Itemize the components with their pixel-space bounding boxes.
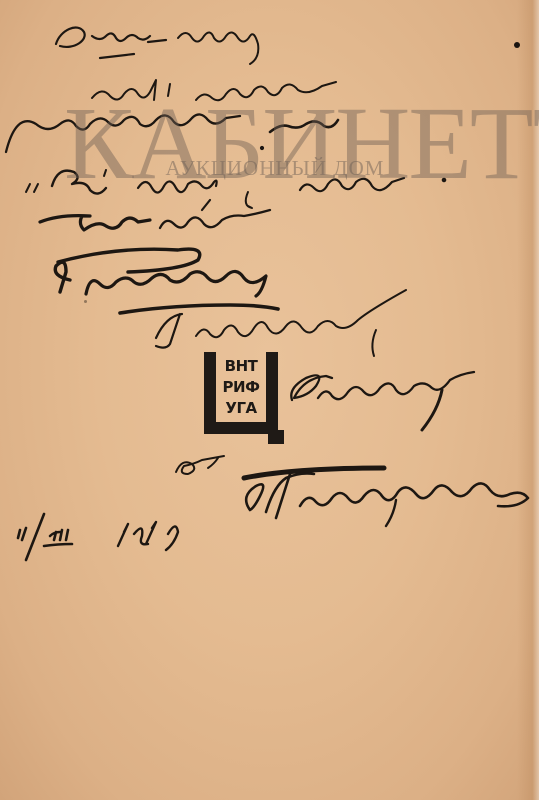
book-page: КАБИНЕТЪ АУКЦИОННЫЙ ДОМ ВНТ РИФ УГА Душа… [0,0,539,800]
ink-dot [514,42,520,48]
stamp-line-3: УГА [217,398,265,419]
stamp-line-1: ВНТ [217,356,265,377]
centrifuga-stamp: ВНТ РИФ УГА [204,352,280,442]
stamp-line-2: РИФ [217,377,265,398]
paper-speck [84,300,87,303]
